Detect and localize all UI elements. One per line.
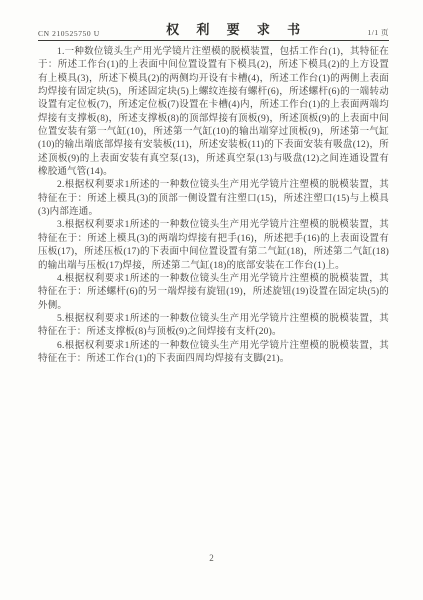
- claim-2: 2.根据权利要求1所述的一种数位镜头生产用光学镜片注塑模的脱模装置，其特征在于：…: [38, 179, 389, 219]
- page-header: CN 210525750 U 权 利 要 求 书 1/1 页: [38, 20, 389, 41]
- section-page-indicator: 1/1 页: [368, 27, 389, 38]
- claim-6: 6.根据权利要求1所述的一种数位镜头生产用光学镜片注塑模的脱模装置，其特征在于：…: [38, 340, 389, 367]
- page-title: 权 利 要 求 书: [166, 19, 307, 38]
- claim-5: 5.根据权利要求1所述的一种数位镜头生产用光学镜片注塑模的脱模装置，其特征在于：…: [38, 313, 389, 340]
- document-page-number: 2: [209, 553, 214, 563]
- page-footer: 2: [0, 548, 423, 566]
- patent-publication-number: CN 210525750 U: [38, 29, 100, 38]
- claim-1: 1.一种数位镜头生产用光学镜片注塑模的脱模装置，包括工作台(1)，其特征在于：所…: [38, 46, 389, 179]
- claims-body: 1.一种数位镜头生产用光学镜片注塑模的脱模装置，包括工作台(1)，其特征在于：所…: [38, 46, 389, 366]
- claim-4: 4.根据权利要求1所述的一种数位镜头生产用光学镜片注塑模的脱模装置，其特征在于：…: [38, 273, 389, 313]
- patent-claims-page: CN 210525750 U 权 利 要 求 书 1/1 页 1.一种数位镜头生…: [0, 0, 423, 600]
- claim-3: 3.根据权利要求1所述的一种数位镜头生产用光学镜片注塑模的脱模装置，其特征在于：…: [38, 219, 389, 272]
